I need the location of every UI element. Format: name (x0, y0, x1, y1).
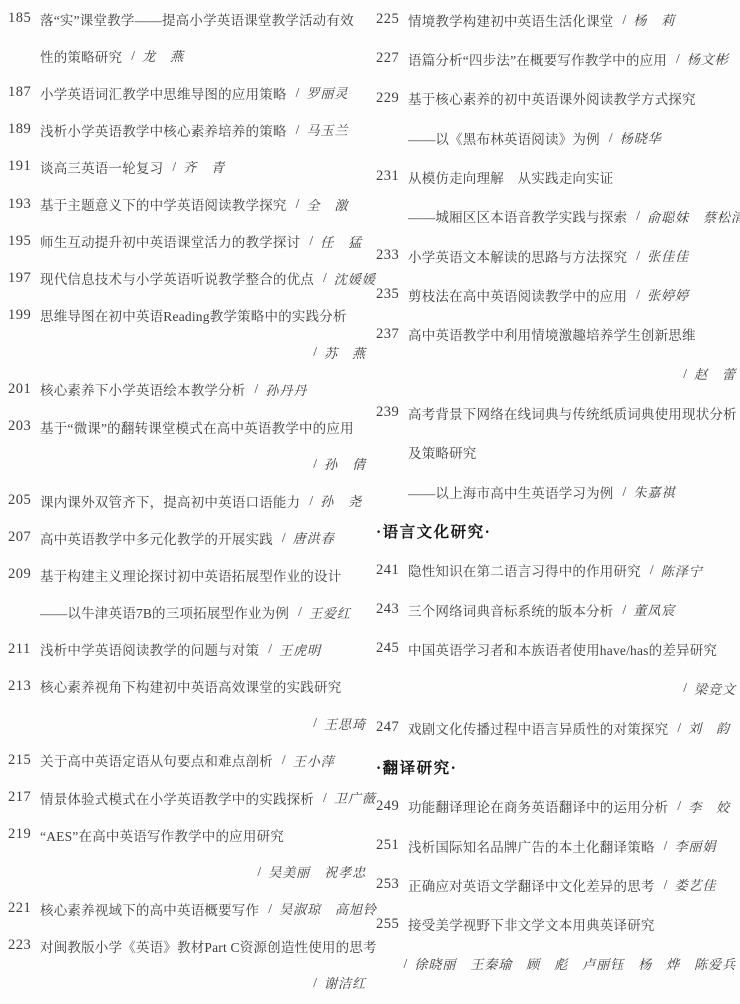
toc-line: 233小学英语文本解读的思路与方法探究/张佳佳 (376, 236, 738, 275)
entry-title: 对闽教版小学《英语》教材Part C资源创造性使用的思考 (40, 936, 377, 956)
author-name: 王小萍 (293, 751, 335, 770)
entry-page-number: 237 (376, 326, 408, 343)
author-name: 杨文彬 (687, 49, 729, 68)
entry-page-number: 223 (8, 937, 40, 954)
entry-title: 接受美学视野下非文学文本用典英译研究 (408, 914, 655, 934)
author-name: 马玉兰 (306, 120, 348, 139)
entry-title: 小学英语文本解读的思路与方法探究 (408, 246, 627, 266)
author-separator: / (636, 208, 640, 224)
author-name: 李 姣 (688, 797, 730, 816)
entry-title: 情境教学构建初中英语生活化课堂 (408, 10, 614, 30)
entry-page-number: 239 (376, 404, 408, 421)
toc-line: ——以上海市高中生英语学习为例/朱嘉祺 (376, 472, 738, 511)
toc-line: 207高中英语教学中多元化教学的开展实践/唐洪春 (8, 519, 368, 556)
author-separator: / (296, 196, 300, 212)
author-separator: / (683, 680, 687, 696)
entry-page-number: 255 (376, 916, 408, 933)
toc-line: 199思维导图在初中英语Reading教学策略中的实践分析 (8, 297, 368, 334)
author-name: 龙 燕 (142, 46, 184, 65)
author-separator: / (313, 456, 317, 472)
toc-line: /赵 蕾 (376, 354, 738, 393)
entry-title: 思维导图在初中英语Reading教学策略中的实践分析 (40, 305, 347, 325)
author-separator: / (623, 484, 627, 500)
entry-page-number: 207 (8, 529, 40, 546)
toc-line: 189浅析小学英语教学中核心素养培养的策略/马玉兰 (8, 111, 368, 148)
author-separator: / (650, 562, 654, 578)
author-name: 俞聪妹 蔡松清 (647, 207, 740, 226)
entry-title: 功能翻译理论在商务英语翻译中的运用分析 (408, 796, 668, 816)
entry-page-number: 193 (8, 196, 40, 213)
toc-line: 221核心素养视域下的高中英语概要写作/吴淑琼 高旭铃 (8, 890, 368, 927)
author-separator: / (298, 604, 302, 620)
toc-line: 193基于主题意义下的中学英语阅读教学探究/全 激 (8, 185, 368, 222)
toc-line: 247戏剧文化传播过程中语言异质性的对策探究/刘 韵 (376, 708, 738, 747)
toc-line: 231从模仿走向理解 从实践走向实证 (376, 157, 738, 196)
entry-page-number: 245 (376, 640, 408, 657)
author-separator: / (268, 641, 272, 657)
entry-page-number: 227 (376, 50, 408, 67)
entry-title: 中国英语学习者和本族语者使用have/has的差异研究 (408, 639, 717, 659)
author-separator: / (664, 838, 668, 854)
author-separator: / (323, 790, 327, 806)
entry-page-number: 209 (8, 566, 40, 583)
toc-line: /徐晓丽 王秦瑜 顾 彪 卢丽钰 杨 烨 陈爱兵 (376, 944, 738, 983)
author-separator: / (404, 956, 408, 972)
author-name: 张佳佳 (647, 246, 689, 265)
toc-line: 197现代信息技术与小学英语听说教学整合的优点/沈媛媛 (8, 260, 368, 297)
author-name: 齐 青 (183, 157, 225, 176)
author-name: 唐洪春 (293, 528, 335, 547)
toc-line: 215关于高中英语定语从句要点和难点剖析/王小萍 (8, 742, 368, 779)
entry-title: 剪枝法在高中英语阅读教学中的应用 (408, 285, 627, 305)
entry-title: 核心素养视角下构建初中英语高效课堂的实践研究 (40, 676, 341, 696)
author-name: 陈泽宁 (661, 561, 703, 580)
author-separator: / (677, 720, 681, 736)
author-name: 全 激 (306, 195, 348, 214)
entry-title: ——以《黑布林英语阅读》为例 (408, 128, 600, 148)
toc-line: 237高中英语教学中利用情境激趣培养学生创新思维 (376, 315, 738, 354)
author-name: 苏 燕 (324, 343, 366, 362)
entry-page-number: 203 (8, 418, 40, 435)
entry-page-number: 241 (376, 562, 408, 579)
toc-line: 201核心素养下小学英语绘本教学分析/孙丹丹 (8, 371, 368, 408)
entry-title: 浅析国际知名品牌广告的本土化翻译策略 (408, 836, 655, 856)
author-name: 张婷婷 (647, 285, 689, 304)
toc-line: /苏 燕 (8, 334, 368, 371)
entry-page-number: 253 (376, 876, 408, 893)
entry-title: 隐性知识在第二语言习得中的作用研究 (408, 560, 641, 580)
entry-title: “AES”在高中英语写作教学中的应用研究 (40, 825, 284, 845)
entry-title: 浅析中学英语阅读教学的问题与对策 (40, 639, 259, 659)
author-name: 徐晓丽 王秦瑜 顾 彪 卢丽钰 杨 烨 陈爱兵 (414, 954, 736, 973)
entry-page-number: 191 (8, 158, 40, 175)
toc-line: /梁竞文 (376, 669, 738, 708)
author-separator: / (296, 85, 300, 101)
author-name: 李丽娟 (674, 836, 716, 855)
entry-page-number: 249 (376, 798, 408, 815)
author-name: 王爱红 (309, 603, 351, 622)
toc-line: 211浅析中学英语阅读教学的问题与对策/王虎明 (8, 631, 368, 668)
entry-title: 从模仿走向理解 从实践走向实证 (408, 167, 614, 187)
author-name: 王思琦 (324, 714, 366, 733)
author-name: 卫广薇 (334, 788, 376, 807)
entry-page-number: 195 (8, 233, 40, 250)
entry-page-number: 247 (376, 719, 408, 736)
entry-title: ——以牛津英语7B的三项拓展型作业为例 (40, 602, 289, 622)
entry-title: 正确应对英语文学翻译中文化差异的思考 (408, 875, 655, 895)
author-separator: / (664, 877, 668, 893)
entry-title: 基于核心素养的初中英语课外阅读教学方式探究 (408, 88, 696, 108)
toc-column-left: 185落“实”课堂教学——提高小学英语课堂教学活动有效性的策略研究/龙 燕187… (8, 0, 368, 1002)
entry-title: 核心素养下小学英语绘本教学分析 (40, 379, 246, 399)
entry-title: 及策略研究 (408, 442, 477, 462)
author-separator: / (313, 975, 317, 991)
entry-page-number: 197 (8, 270, 40, 287)
entry-title: 性的策略研究 (40, 46, 122, 66)
toc-line: 195师生互动提升初中英语课堂活力的教学探讨/任 猛 (8, 223, 368, 260)
entry-page-number: 229 (376, 90, 408, 107)
toc-line: /谢洁红 (8, 964, 368, 1001)
entry-title: 三个网络词典音标系统的版本分析 (408, 600, 614, 620)
entry-page-number: 213 (8, 678, 40, 695)
section-title: ·语言文化研究· (376, 520, 491, 542)
author-name: 梁竞文 (694, 679, 736, 698)
toc-column-right: 225情境教学构建初中英语生活化课堂/杨 莉227语篇分析“四步法”在概要写作教… (376, 0, 738, 983)
entry-page-number: 251 (376, 837, 408, 854)
toc-line: 191谈高三英语一轮复习/齐 青 (8, 148, 368, 185)
toc-line: /孙 倩 (8, 445, 368, 482)
author-separator: / (257, 864, 261, 880)
toc-line: /王思琦 (8, 705, 368, 742)
toc-line: 255接受美学视野下非文学文本用典英译研究 (376, 905, 738, 944)
author-separator: / (296, 122, 300, 138)
entry-title: 戏剧文化传播过程中语言异质性的对策探究 (408, 718, 668, 738)
author-name: 沈媛媛 (334, 269, 376, 288)
author-separator: / (623, 602, 627, 618)
toc-line: ——以《黑布林英语阅读》为例/杨晓华 (376, 118, 738, 157)
toc-line: 213核心素养视角下构建初中英语高效课堂的实践研究 (8, 668, 368, 705)
entry-page-number: 243 (376, 601, 408, 618)
author-separator: / (282, 530, 286, 546)
entry-page-number: 233 (376, 247, 408, 264)
author-name: 娄艺佳 (674, 875, 716, 894)
toc-line: 187小学英语词汇教学中思维导图的应用策略/罗丽灵 (8, 74, 368, 111)
author-name: 刘 韵 (688, 718, 730, 737)
entry-title: ——以上海市高中生英语学习为例 (408, 482, 614, 502)
author-name: 赵 蕾 (694, 364, 736, 383)
author-name: 朱嘉祺 (633, 482, 675, 501)
author-name: 谢洁红 (324, 973, 366, 992)
author-name: 罗丽灵 (306, 83, 348, 102)
toc-line: 203基于“微课”的翻转课堂模式在高中英语教学中的应用 (8, 408, 368, 445)
toc-line: 229基于核心素养的初中英语课外阅读教学方式探究 (376, 79, 738, 118)
toc-line: /吴美丽 祝孝忠 (8, 853, 368, 890)
journal-toc-page: 185落“实”课堂教学——提高小学英语课堂教学活动有效性的策略研究/龙 燕187… (0, 0, 740, 1004)
author-separator: / (268, 901, 272, 917)
entry-title: 高中英语教学中利用情境激趣培养学生创新思维 (408, 324, 696, 344)
toc-line: 241隐性知识在第二语言习得中的作用研究/陈泽宁 (376, 551, 738, 590)
author-name: 杨 莉 (633, 10, 675, 29)
section-header-row: ·翻译研究· (376, 747, 738, 786)
author-separator: / (636, 287, 640, 303)
entry-title: 浅析小学英语教学中核心素养培养的策略 (40, 120, 287, 140)
author-name: 任 猛 (320, 232, 362, 251)
toc-line: 245中国英语学习者和本族语者使用have/has的差异研究 (376, 629, 738, 668)
author-separator: / (313, 715, 317, 731)
entry-title: 谈高三英语一轮复习 (40, 157, 163, 177)
entry-page-number: 231 (376, 168, 408, 185)
toc-line: 205课内课外双管齐下，提高初中英语口语能力/孙 尧 (8, 482, 368, 519)
entry-page-number: 187 (8, 84, 40, 101)
entry-page-number: 219 (8, 826, 40, 843)
entry-page-number: 235 (376, 286, 408, 303)
author-separator: / (676, 51, 680, 67)
author-separator: / (636, 248, 640, 264)
entry-page-number: 201 (8, 381, 40, 398)
author-name: 孙丹丹 (265, 380, 307, 399)
entry-title: 关于高中英语定语从句要点和难点剖析 (40, 750, 273, 770)
toc-line: 239高考背景下网络在线词典与传统纸质词典使用现状分析 (376, 393, 738, 432)
author-name: 孙 倩 (324, 454, 366, 473)
toc-line: ——以牛津英语7B的三项拓展型作业为例/王爱红 (8, 594, 368, 631)
toc-line: 235剪枝法在高中英语阅读教学中的应用/张婷婷 (376, 275, 738, 314)
entry-page-number: 185 (8, 10, 40, 27)
entry-title: 基于构建主义理论探讨初中英语拓展型作业的设计 (40, 565, 341, 585)
entry-page-number: 189 (8, 121, 40, 138)
section-header-row: ·语言文化研究· (376, 511, 738, 550)
toc-line: 251浅析国际知名品牌广告的本土化翻译策略/李丽娟 (376, 826, 738, 865)
author-separator: / (282, 752, 286, 768)
entry-title: ——城厢区区本语音教学实践与探索 (408, 206, 627, 226)
author-name: 杨晓华 (620, 128, 662, 147)
toc-line: 225情境教学构建初中英语生活化课堂/杨 莉 (376, 0, 738, 39)
entry-page-number: 215 (8, 752, 40, 769)
toc-line: 223对闽教版小学《英语》教材Part C资源创造性使用的思考 (8, 927, 368, 964)
toc-line: 及策略研究 (376, 433, 738, 472)
toc-line: 249功能翻译理论在商务英语翻译中的运用分析/李 姣 (376, 787, 738, 826)
author-name: 吴美丽 祝孝忠 (268, 862, 366, 881)
author-separator: / (309, 493, 313, 509)
toc-line: 209基于构建主义理论探讨初中英语拓展型作业的设计 (8, 556, 368, 593)
entry-title: 现代信息技术与小学英语听说教学整合的优点 (40, 268, 314, 288)
author-separator: / (623, 12, 627, 28)
entry-title: 基于主题意义下的中学英语阅读教学探究 (40, 194, 287, 214)
entry-page-number: 199 (8, 307, 40, 324)
toc-line: 253正确应对英语文学翻译中文化差异的思考/娄艺佳 (376, 865, 738, 904)
author-separator: / (255, 381, 259, 397)
entry-title: 师生互动提升初中英语课堂活力的教学探讨 (40, 231, 300, 251)
entry-page-number: 221 (8, 900, 40, 917)
entry-title: 高考背景下网络在线词典与传统纸质词典使用现状分析 (408, 403, 737, 423)
author-separator: / (172, 159, 176, 175)
author-separator: / (131, 48, 135, 64)
author-name: 吴淑琼 高旭铃 (279, 899, 377, 918)
entry-page-number: 225 (376, 11, 408, 28)
entry-title: 语篇分析“四步法”在概要写作教学中的应用 (408, 49, 667, 69)
author-separator: / (309, 233, 313, 249)
entry-title: 高中英语教学中多元化教学的开展实践 (40, 528, 273, 548)
entry-page-number: 211 (8, 641, 40, 658)
author-name: 董凤宸 (633, 600, 675, 619)
author-separator: / (683, 366, 687, 382)
entry-title: 核心素养视域下的高中英语概要写作 (40, 899, 259, 919)
toc-line: 性的策略研究/龙 燕 (8, 37, 368, 74)
entry-title: 情景体验式模式在小学英语教学中的实践探析 (40, 788, 314, 808)
toc-line: ——城厢区区本语音教学实践与探索/俞聪妹 蔡松清 (376, 197, 738, 236)
section-title: ·翻译研究· (376, 756, 457, 778)
author-separator: / (323, 270, 327, 286)
toc-line: 185落“实”课堂教学——提高小学英语课堂教学活动有效 (8, 0, 368, 37)
entry-title: 基于“微课”的翻转课堂模式在高中英语教学中的应用 (40, 417, 354, 437)
toc-line: 217情景体验式模式在小学英语教学中的实践探析/卫广薇 (8, 779, 368, 816)
author-name: 王虎明 (279, 640, 321, 659)
entry-title: 落“实”课堂教学——提高小学英语课堂教学活动有效 (40, 9, 354, 29)
author-separator: / (609, 130, 613, 146)
entry-page-number: 205 (8, 492, 40, 509)
toc-line: 243三个网络词典音标系统的版本分析/董凤宸 (376, 590, 738, 629)
entry-page-number: 217 (8, 789, 40, 806)
toc-line: 219“AES”在高中英语写作教学中的应用研究 (8, 816, 368, 853)
author-name: 孙 尧 (320, 491, 362, 510)
author-separator: / (677, 798, 681, 814)
entry-title: 小学英语词汇教学中思维导图的应用策略 (40, 83, 287, 103)
toc-line: 227语篇分析“四步法”在概要写作教学中的应用/杨文彬 (376, 39, 738, 78)
author-separator: / (313, 344, 317, 360)
entry-title: 课内课外双管齐下，提高初中英语口语能力 (40, 491, 300, 511)
